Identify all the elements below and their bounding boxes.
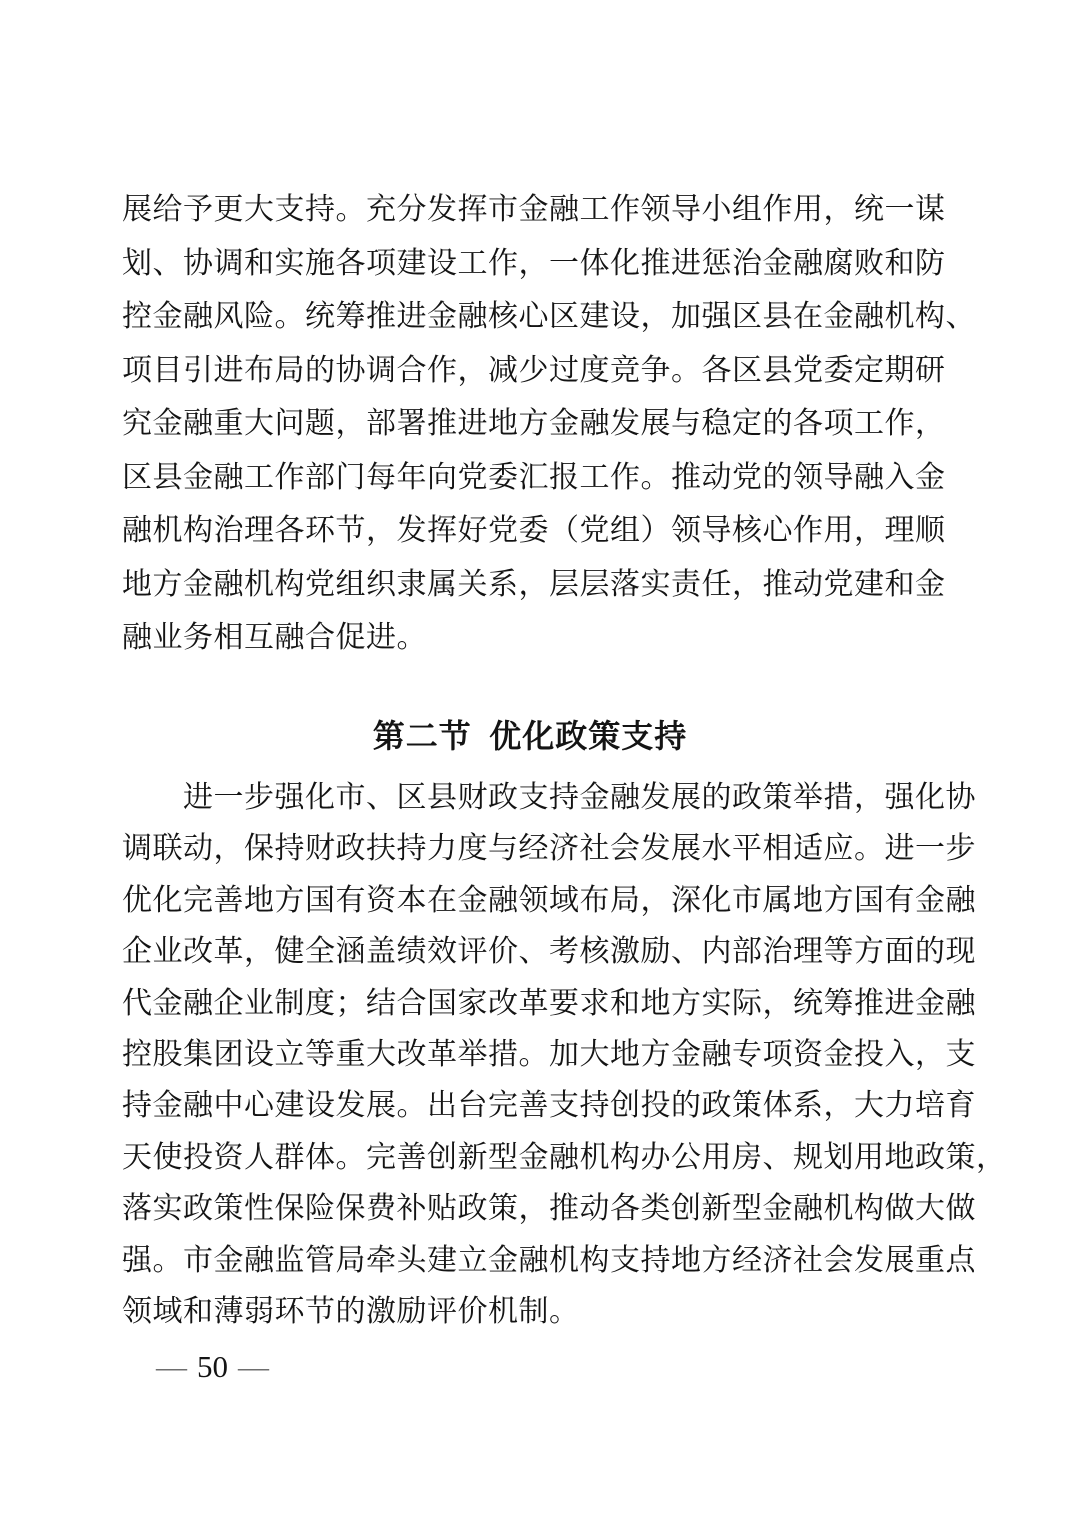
body-paragraph-1: 展给予更大支持。充分发挥市金融工作领导小组作用，统一谋 划、协调和实施各项建设工… — [122, 183, 938, 665]
text-line: 领域和薄弱环节的激励评价机制。 — [122, 1286, 938, 1337]
page-number-footer: —50— — [156, 1346, 269, 1388]
body-paragraph-2: 进一步强化市、区县财政支持金融发展的政策举措，强化协 调联动，保持财政扶持力度与… — [122, 772, 938, 1337]
text-line: 企业改革，健全涵盖绩效评价、考核激励、内部治理等方面的现 — [122, 926, 938, 977]
text-line: 展给予更大支持。充分发挥市金融工作领导小组作用，统一谋 — [122, 183, 938, 237]
text-line: 控金融风险。统筹推进金融核心区建设，加强区县在金融机构、 — [122, 290, 938, 344]
text-line: 代金融企业制度；结合国家改革要求和地方实际，统筹推进金融 — [122, 978, 938, 1029]
text-line: 控股集团设立等重大改革举措。加大地方金融专项资金投入，支 — [122, 1029, 938, 1080]
footer-dash-left: — — [156, 1349, 187, 1384]
document-page: { "page": { "background_color": "#ffffff… — [0, 0, 1074, 1520]
text-line: 究金融重大问题，部署推进地方金融发展与稳定的各项工作， — [122, 397, 938, 451]
text-line: 融业务相互融合促进。 — [122, 611, 938, 665]
text-line: 优化完善地方国有资本在金融领域布局，深化市属地方国有金融 — [122, 875, 938, 926]
section-heading: 第二节优化政策支持 — [122, 712, 938, 760]
text-line: 落实政策性保险保费补贴政策，推动各类创新型金融机构做大做 — [122, 1183, 938, 1234]
text-line: 进一步强化市、区县财政支持金融发展的政策举措，强化协 — [122, 772, 938, 823]
section-title: 优化政策支持 — [489, 718, 687, 754]
text-line: 天使投资人群体。完善创新型金融机构办公用房、规划用地政策， — [122, 1132, 938, 1183]
page-number: 50 — [197, 1349, 228, 1384]
text-line: 融机构治理各环节，发挥好党委（党组）领导核心作用，理顺 — [122, 504, 938, 558]
text-line: 强。市金融监管局牵头建立金融机构支持地方经济社会发展重点 — [122, 1235, 938, 1286]
footer-dash-right: — — [238, 1349, 269, 1384]
text-line: 持金融中心建设发展。出台完善支持创投的政策体系，大力培育 — [122, 1080, 938, 1131]
section-number: 第二节 — [373, 718, 472, 754]
text-line: 项目引进布局的协调合作，减少过度竞争。各区县党委定期研 — [122, 344, 938, 398]
text-line: 区县金融工作部门每年向党委汇报工作。推动党的领导融入金 — [122, 451, 938, 505]
text-line: 调联动，保持财政扶持力度与经济社会发展水平相适应。进一步 — [122, 823, 938, 874]
text-line: 地方金融机构党组织隶属关系，层层落实责任，推动党建和金 — [122, 558, 938, 612]
text-line: 划、协调和实施各项建设工作，一体化推进惩治金融腐败和防 — [122, 237, 938, 291]
